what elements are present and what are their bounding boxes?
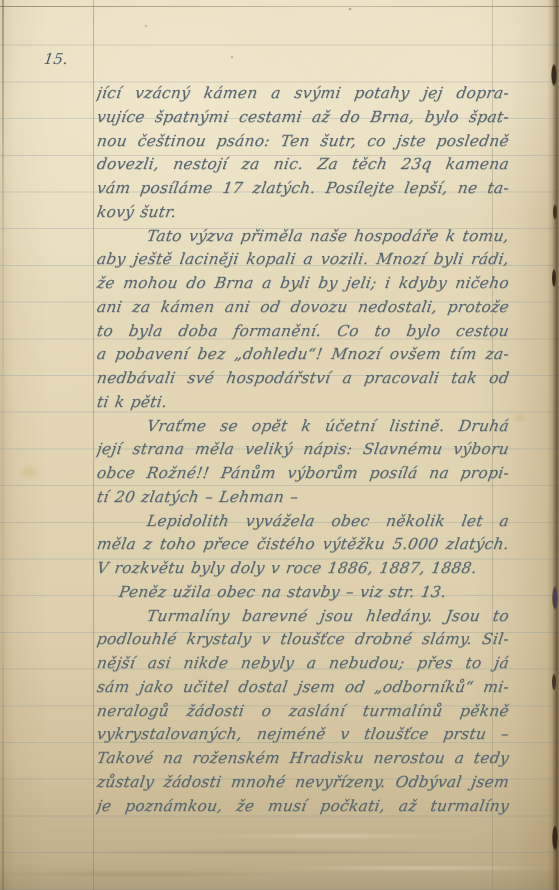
handwriting-line: tí 20 zlatých – Lehman – bbox=[95, 486, 511, 510]
handwriting-line: Peněz užila obec na stavby – viz str. 13… bbox=[95, 581, 511, 605]
handwriting-line: obce Rožné!! Pánům výborům posílá na pro… bbox=[95, 462, 511, 486]
handwriting-text-block: jící vzácný kámen a svými potahy jej dop… bbox=[95, 82, 507, 818]
handwriting-line: neralogů žádosti o zaslání turmalínů pěk… bbox=[95, 700, 511, 724]
handwriting-line: vám posíláme 17 zlatých. Posílejte lepší… bbox=[95, 177, 511, 201]
handwriting-line: její strana měla veliký nápis: Slavnému … bbox=[95, 438, 511, 462]
handwriting-line: vykrystalovaných, nejméně v tloušťce prs… bbox=[95, 723, 511, 747]
handwriting-line: že mohou do Brna a byli by jeli; i kdyby… bbox=[95, 272, 511, 296]
handwriting-line: Tato výzva přiměla naše hospodáře k tomu… bbox=[95, 225, 511, 249]
left-page-edge bbox=[2, 0, 4, 890]
handwriting-line: Takové na roženském Hradisku nerostou a … bbox=[95, 747, 511, 771]
handwriting-line: je poznámkou, že musí počkati, až turmal… bbox=[95, 795, 511, 819]
handwriting-line: nedbávali své hospodářství a pracovali t… bbox=[95, 367, 511, 391]
handwriting-line: to byla doba formanění. Co to bylo cesto… bbox=[95, 320, 511, 344]
handwriting-line: ani za kámen ani od dovozu nedostali, pr… bbox=[95, 296, 511, 320]
handwriting-line: dovezli, nestojí za nic. Za těch 23q kam… bbox=[95, 153, 511, 177]
handwriting-line: sám jako učitel dostal jsem od „odborník… bbox=[95, 676, 511, 700]
handwriting-line: aby ještě laciněji kopali a vozili. Mnoz… bbox=[95, 248, 511, 272]
page-number: 15. bbox=[43, 50, 69, 68]
handwriting-line: měla z toho přece čistého výtěžku 5.000 … bbox=[95, 533, 511, 557]
handwriting-line: podlouhlé krystaly v tloušťce drobné slá… bbox=[95, 628, 511, 652]
handwriting-line: kový šutr. bbox=[95, 201, 511, 225]
handwriting-line: nou češtinou psáno: Ten šutr, co jste po… bbox=[95, 130, 511, 154]
handwriting-line: Lepidolith vyvážela obec několik let a bbox=[95, 510, 511, 534]
handwriting-line: nější asi nikde nebyly a nebudou; přes t… bbox=[95, 652, 511, 676]
handwriting-line: jící vzácný kámen a svými potahy jej dop… bbox=[95, 82, 511, 106]
handwriting-line: a pobavení bez „dohledu“! Mnozí ovšem tí… bbox=[95, 343, 511, 367]
torn-right-edge bbox=[547, 0, 559, 890]
handwriting-line: Vraťme se opět k účetní listině. Druhá bbox=[95, 415, 511, 439]
handwriting-line: vujíce špatnými cestami až do Brna, bylo… bbox=[95, 106, 511, 130]
handwriting-line: Turmalíny barevné jsou hledány. Jsou to bbox=[95, 605, 511, 629]
handwriting-line: ti k pěti. bbox=[95, 391, 511, 415]
handwriting-line: V rozkvětu byly doly v roce 1886, 1887, … bbox=[95, 557, 511, 581]
manuscript-page: 15. jící vzácný kámen a svými potahy jej… bbox=[0, 0, 559, 890]
left-margin-line bbox=[93, 0, 94, 890]
handwriting-line: zůstaly žádosti mnohé nevyřízeny. Odbýva… bbox=[95, 771, 511, 795]
top-page-edge bbox=[0, 6, 559, 7]
